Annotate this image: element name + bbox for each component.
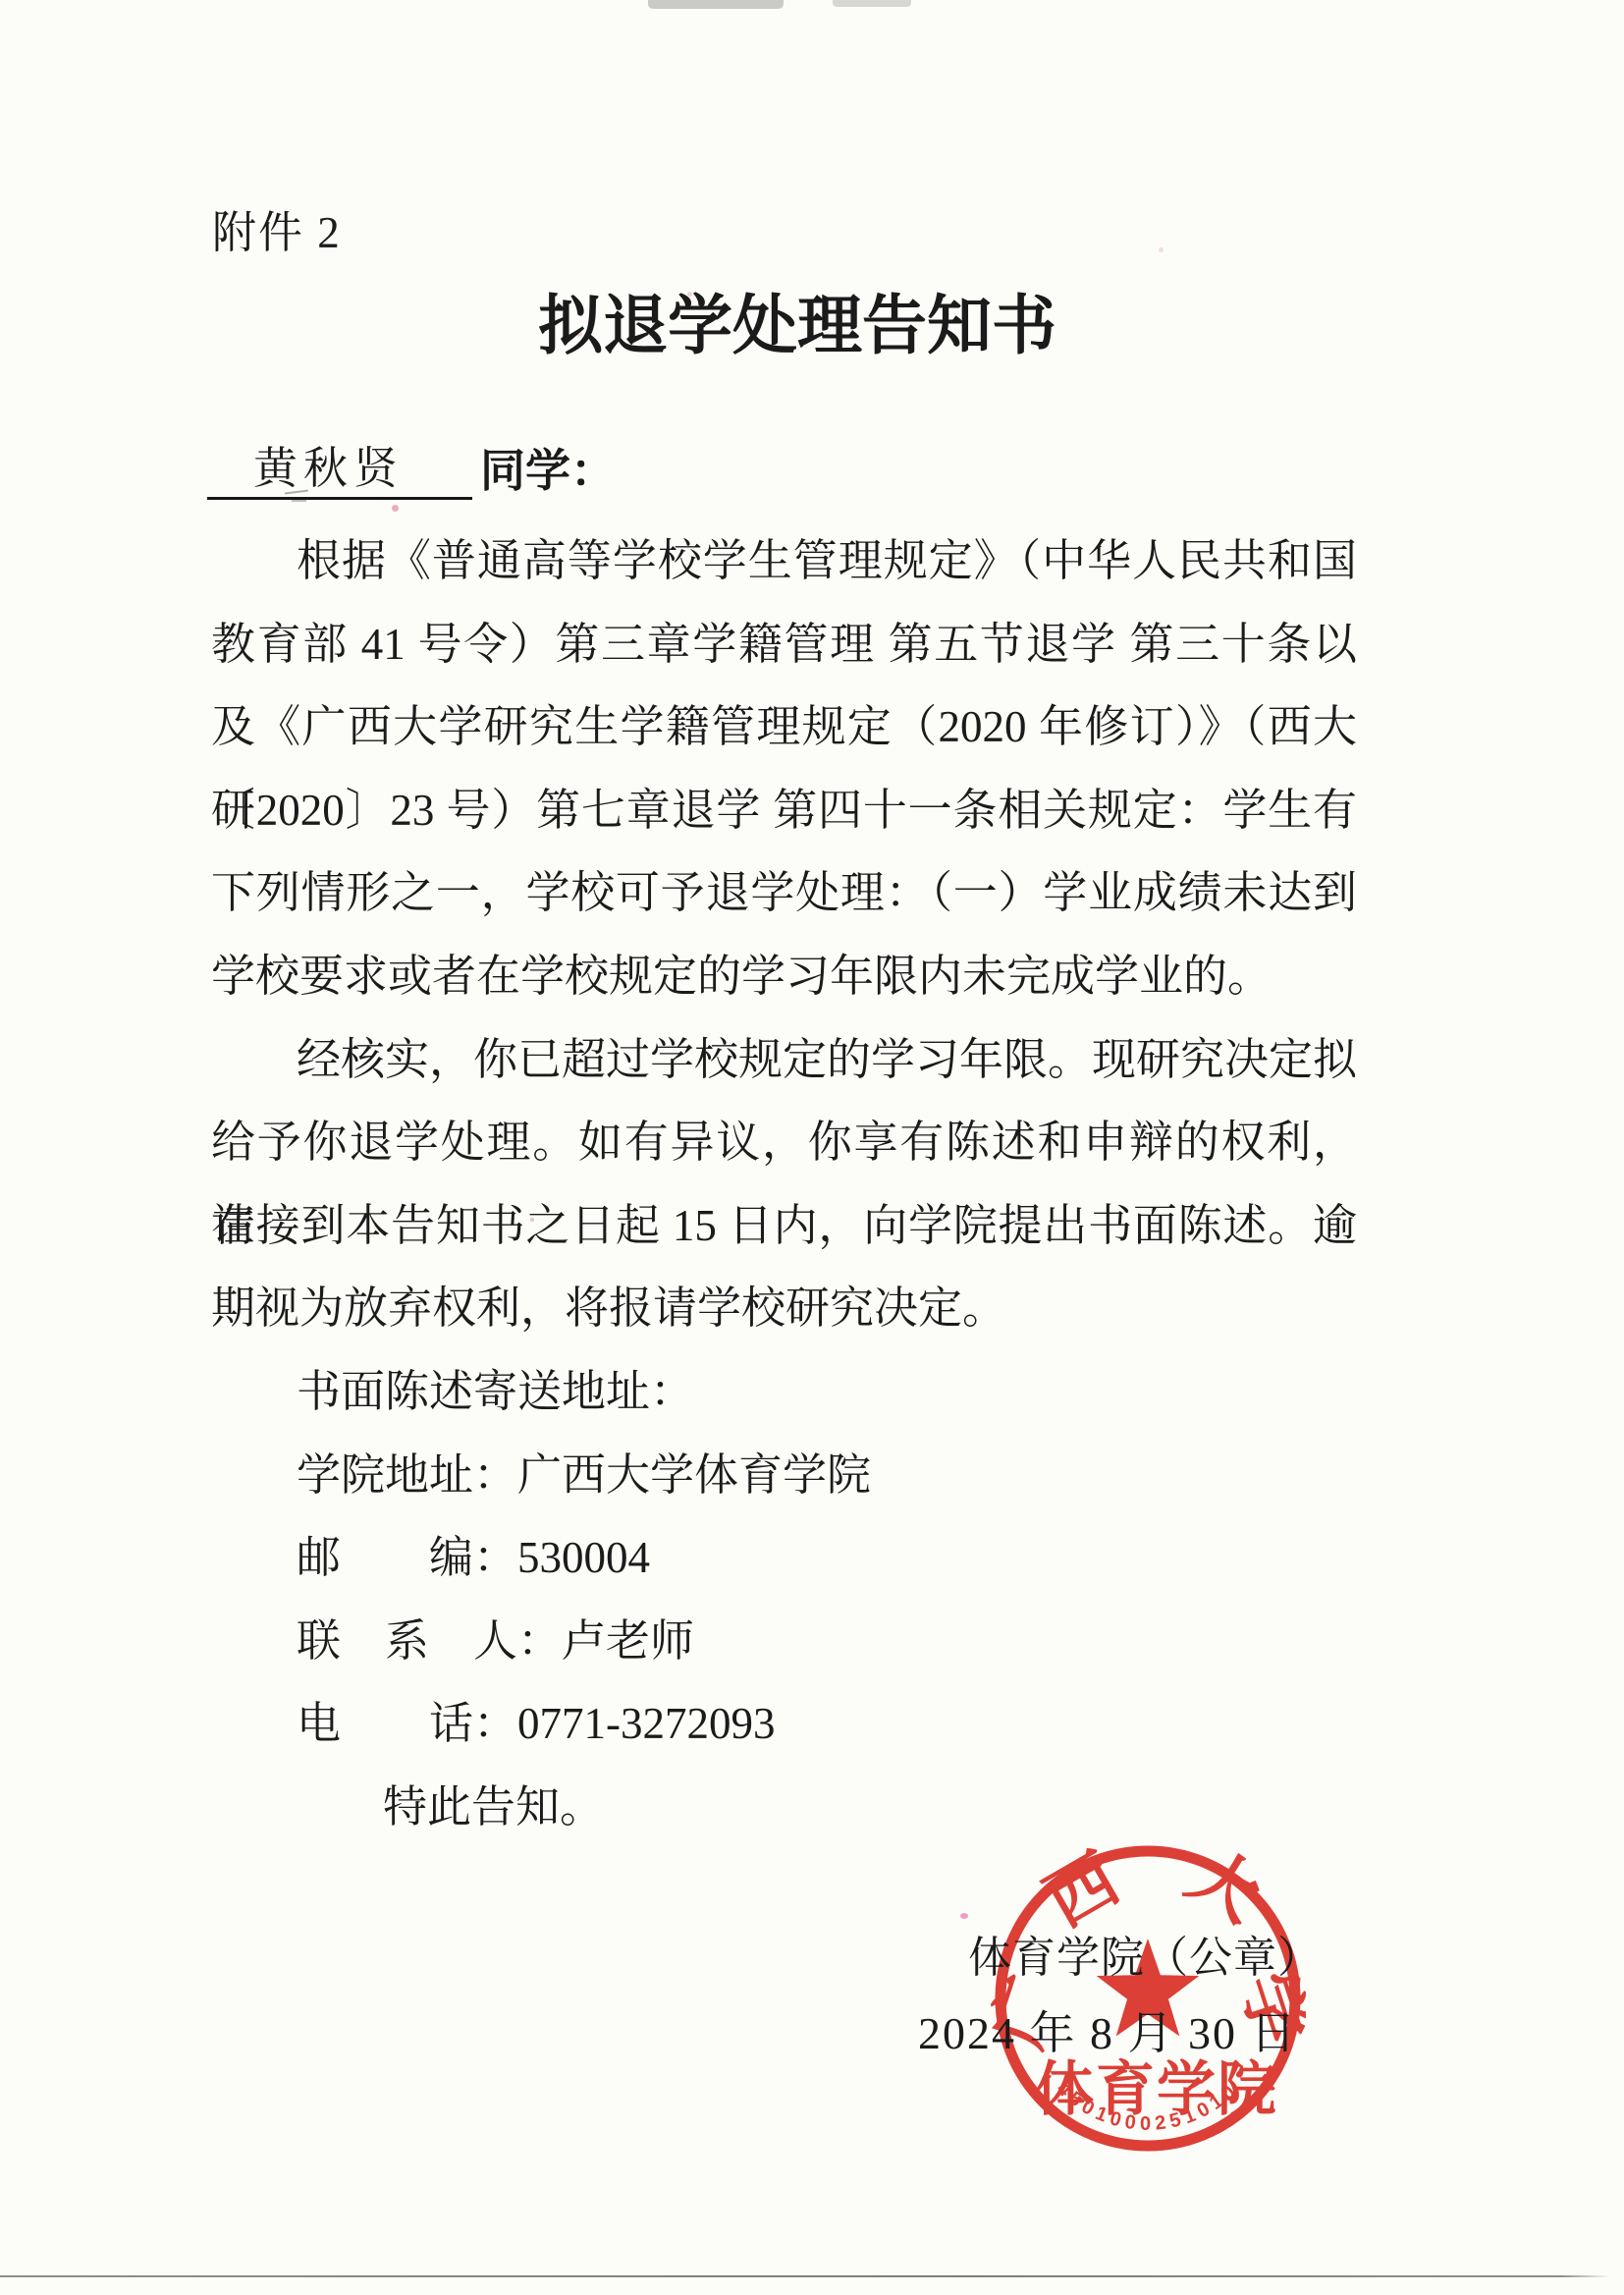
document-title: 拟退学处理告知书 bbox=[538, 273, 1056, 366]
document-body: 根据《普通高等学校学生管理规定》（中华人民共和国 教育部 41 号令）第三章学籍… bbox=[211, 519, 1357, 1849]
salutation-suffix: 同学： bbox=[480, 441, 616, 500]
body-line: 根据《普通高等学校学生管理规定》（中华人民共和国 bbox=[211, 519, 1357, 603]
ink-speck bbox=[1159, 247, 1164, 252]
scan-smudge-top bbox=[833, 0, 911, 7]
body-line: 给予你退学处理。如有异议，你享有陈述和申辩的权利，请 bbox=[211, 1101, 1357, 1184]
body-line-college-address: 学院地址：广西大学体育学院 bbox=[211, 1434, 1357, 1517]
body-line: 下列情形之一，学校可予退学处理：（一）学业成绩未达到 bbox=[211, 851, 1357, 935]
body-line-postal-code: 邮 编：530004 bbox=[211, 1516, 1357, 1600]
body-line-contact-person: 联 系 人：卢老师 bbox=[211, 1600, 1357, 1683]
body-line: 经核实，你已超过学校规定的学习年限。现研究决定拟 bbox=[211, 1018, 1357, 1102]
student-name-underline: 黄秋贤 bbox=[207, 440, 472, 500]
body-line: 教育部 41 号令）第三章学籍管理 第五节退学 第三十条以 bbox=[211, 603, 1357, 686]
salutation-line: 黄秋贤同学： bbox=[207, 440, 616, 501]
signature-date: 2024 年 8 月 30 日 bbox=[918, 1997, 1298, 2062]
ink-speck bbox=[960, 1913, 968, 1919]
body-line-closing: 特此告知。 bbox=[211, 1766, 1357, 1849]
signature-org: 体育学院（公章） bbox=[968, 1922, 1322, 1985]
ink-speck bbox=[392, 505, 399, 512]
scan-smudge-top bbox=[648, 0, 784, 9]
scanned-document-page: 附件 2 拟退学处理告知书 黄秋贤同学： 根据《普通高等学校学生管理规定》（中华… bbox=[0, 0, 1624, 2295]
scan-edge-line bbox=[0, 2275, 1610, 2277]
body-line-mailing-address-header: 书面陈述寄送地址： bbox=[211, 1350, 1357, 1434]
body-line: 及《广西大学研究生学籍管理规定（2020 年修订）》（西大研 bbox=[211, 685, 1357, 769]
student-name: 黄秋贤 bbox=[207, 440, 404, 497]
body-line: 期视为放弃权利，将报请学校研究决定。 bbox=[211, 1267, 1357, 1350]
body-line: 〔2020〕23 号）第七章退学 第四十一条相关规定：学生有 bbox=[211, 769, 1357, 852]
attachment-label: 附件 2 bbox=[212, 196, 342, 260]
body-line: 在接到本告知书之日起 15 日内，向学院提出书面陈述。逾 bbox=[211, 1184, 1357, 1268]
body-line-phone: 电 话：0771-3272093 bbox=[211, 1682, 1357, 1766]
body-line: 学校要求或者在学校规定的学习年限内未完成学业的。 bbox=[211, 935, 1357, 1018]
